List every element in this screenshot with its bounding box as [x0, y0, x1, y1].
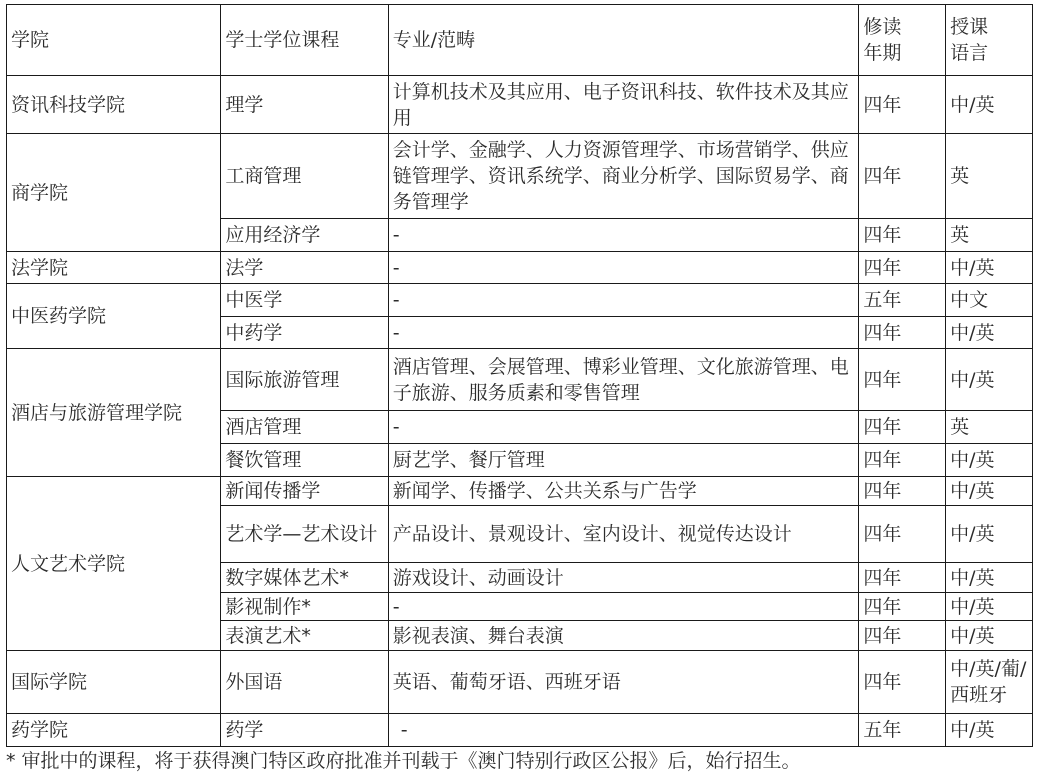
table-row: 资讯科技学院 理学 计算机技术及其应用、电子资讯科技、软件技术及其应用 四年 中…	[7, 76, 1033, 134]
faculty-cell: 资讯科技学院	[7, 76, 221, 134]
duration-cell: 四年	[859, 252, 946, 284]
faculty-cell: 药学院	[7, 714, 221, 747]
majors-cell: 影视表演、舞台表演	[388, 621, 859, 651]
majors-cell: 产品设计、景观设计、室内设计、视觉传达设计	[388, 506, 859, 563]
language-cell: 中/英	[946, 252, 1033, 284]
duration-cell: 四年	[859, 506, 946, 563]
table-row: 国际学院 外国语 英语、葡萄牙语、西班牙语 四年 中/英/葡/西班牙	[7, 651, 1033, 714]
duration-cell: 四年	[859, 317, 946, 349]
duration-cell: 四年	[859, 219, 946, 252]
header-majors: 专业/范畴	[388, 5, 859, 76]
duration-cell: 四年	[859, 651, 946, 714]
faculty-cell: 中医药学院	[7, 284, 221, 349]
majors-cell: -	[388, 284, 859, 317]
majors-cell: -	[388, 252, 859, 284]
language-cell: 英	[946, 134, 1033, 219]
program-cell: 外国语	[221, 651, 388, 714]
program-cell: 中药学	[221, 317, 388, 349]
duration-cell: 四年	[859, 593, 946, 621]
majors-cell: 会计学、金融学、人力资源管理学、市场营销学、供应链管理学、资讯系统学、商业分析学…	[388, 134, 859, 219]
faculty-cell: 酒店与旅游管理学院	[7, 349, 221, 477]
table-row: 酒店与旅游管理学院 国际旅游管理 酒店管理、会展管理、博彩业管理、文化旅游管理、…	[7, 349, 1033, 411]
faculty-cell: 商学院	[7, 134, 221, 252]
language-cell: 中/英	[946, 477, 1033, 506]
language-cell: 英	[946, 411, 1033, 444]
majors-cell: 计算机技术及其应用、电子资讯科技、软件技术及其应用	[388, 76, 859, 134]
language-cell: 中/英	[946, 506, 1033, 563]
program-cell: 餐饮管理	[221, 444, 388, 477]
program-cell: 理学	[221, 76, 388, 134]
duration-cell: 四年	[859, 477, 946, 506]
header-duration: 修读年期	[859, 5, 946, 76]
program-cell: 药学	[221, 714, 388, 747]
majors-cell: 厨艺学、餐厅管理	[388, 444, 859, 477]
faculty-cell: 人文艺术学院	[7, 477, 221, 651]
program-cell: 数字媒体艺术*	[221, 563, 388, 593]
language-cell: 中/英	[946, 76, 1033, 134]
duration-cell: 四年	[859, 444, 946, 477]
table-row: 人文艺术学院 新闻传播学 新闻学、传播学、公共关系与广告学 四年 中/英	[7, 477, 1033, 506]
table-row: 中医药学院 中医学 - 五年 中文	[7, 284, 1033, 317]
program-cell: 酒店管理	[221, 411, 388, 444]
majors-cell: 英语、葡萄牙语、西班牙语	[388, 651, 859, 714]
table-row: 商学院 工商管理 会计学、金融学、人力资源管理学、市场营销学、供应链管理学、资讯…	[7, 134, 1033, 219]
duration-cell: 四年	[859, 621, 946, 651]
program-cell: 工商管理	[221, 134, 388, 219]
program-cell: 国际旅游管理	[221, 349, 388, 411]
language-cell: 中/英	[946, 714, 1033, 747]
language-cell: 中文	[946, 284, 1033, 317]
language-cell: 中/英	[946, 317, 1033, 349]
majors-cell: -	[388, 593, 859, 621]
majors-cell: -	[388, 714, 859, 747]
majors-cell: -	[388, 317, 859, 349]
duration-cell: 四年	[859, 134, 946, 219]
header-faculty: 学院	[7, 5, 221, 76]
language-cell: 英	[946, 219, 1033, 252]
language-cell: 中/英	[946, 593, 1033, 621]
program-cell: 新闻传播学	[221, 477, 388, 506]
language-cell: 中/英	[946, 563, 1033, 593]
program-cell: 法学	[221, 252, 388, 284]
duration-cell: 四年	[859, 76, 946, 134]
language-cell: 中/英	[946, 444, 1033, 477]
majors-cell: -	[388, 219, 859, 252]
faculty-cell: 国际学院	[7, 651, 221, 714]
table-row: 法学院 法学 - 四年 中/英	[7, 252, 1033, 284]
faculty-cell: 法学院	[7, 252, 221, 284]
header-language: 授课语言	[946, 5, 1033, 76]
degree-programs-table: 学院 学士学位课程 专业/范畴 修读年期 授课语言 资讯科技学院 理学 计算机技…	[6, 4, 1033, 747]
duration-cell: 四年	[859, 349, 946, 411]
duration-cell: 五年	[859, 284, 946, 317]
language-cell: 中/英	[946, 349, 1033, 411]
majors-cell: 游戏设计、动画设计	[388, 563, 859, 593]
majors-cell: 新闻学、传播学、公共关系与广告学	[388, 477, 859, 506]
duration-cell: 四年	[859, 411, 946, 444]
duration-cell: 四年	[859, 563, 946, 593]
program-cell: 影视制作*	[221, 593, 388, 621]
table-row: 药学院 药学 - 五年 中/英	[7, 714, 1033, 747]
footnote: * 审批中的课程，将于获得澳门特区政府批准并刊载于《澳门特别行政区公报》后，始行…	[6, 748, 801, 774]
program-cell: 艺术学—艺术设计	[221, 506, 388, 563]
language-cell: 中/英	[946, 621, 1033, 651]
program-cell: 中医学	[221, 284, 388, 317]
header-program: 学士学位课程	[221, 5, 388, 76]
table-header-row: 学院 学士学位课程 专业/范畴 修读年期 授课语言	[7, 5, 1033, 76]
language-cell: 中/英/葡/西班牙	[946, 651, 1033, 714]
program-cell: 表演艺术*	[221, 621, 388, 651]
majors-cell: -	[388, 411, 859, 444]
majors-cell: 酒店管理、会展管理、博彩业管理、文化旅游管理、电子旅游、服务质素和零售管理	[388, 349, 859, 411]
program-cell: 应用经济学	[221, 219, 388, 252]
duration-cell: 五年	[859, 714, 946, 747]
